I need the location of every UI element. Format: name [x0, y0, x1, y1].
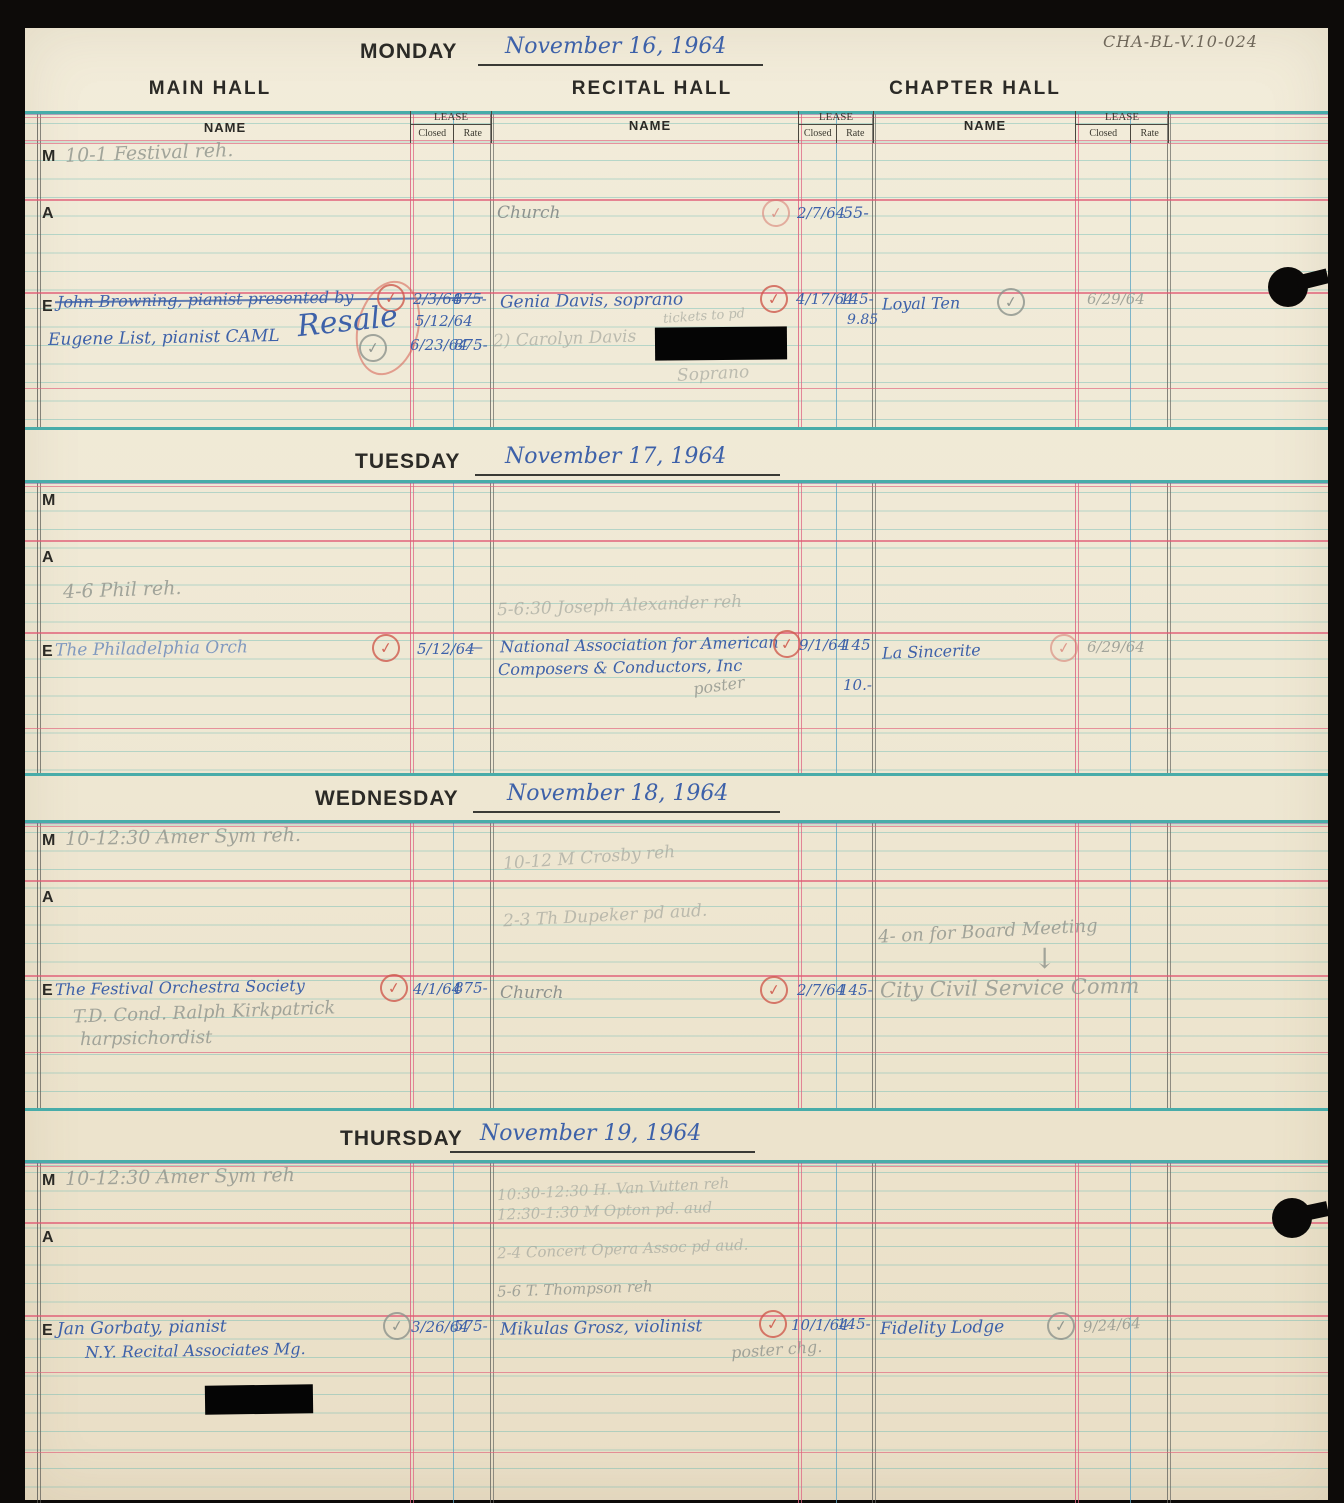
name-header-recital: NAME — [629, 118, 671, 133]
wednesday-grid — [25, 820, 1328, 1111]
lease-rate: 55- — [843, 203, 869, 222]
row-label-m: M — [42, 148, 55, 166]
row-label-e: E — [42, 982, 53, 1000]
lease-rate: 875- — [454, 979, 488, 997]
date-underline — [478, 64, 763, 66]
row-label-a: A — [42, 549, 54, 567]
closed-label: Closed — [1076, 125, 1130, 143]
date-thursday: November 19, 1964 — [480, 1121, 701, 1146]
hall-title-chapter: CHAPTER HALL — [889, 78, 1061, 100]
lease-header-main: LEASE Closed Rate — [410, 111, 492, 143]
booking-entry: N.Y. Recital Associates Mg. — [85, 1339, 306, 1362]
rate-label: Rate — [453, 125, 491, 143]
check-glyph: ✓ — [780, 634, 795, 654]
check-glyph: ✓ — [766, 1314, 781, 1334]
booking-entry: La Sincerite — [882, 640, 981, 662]
lease-rate: 145- — [837, 1315, 871, 1333]
row-label-e: E — [42, 643, 53, 661]
booking-note: 4-6 Phil reh. — [63, 577, 182, 603]
row-label-m: M — [42, 492, 55, 510]
booking-entry: The Philadelphia Orch — [55, 637, 248, 660]
booking-entry: Mikulas Grosz, violinist — [500, 1316, 703, 1340]
lease-rate: 875- — [453, 290, 487, 308]
booking-note: 10-12:30 Amer Sym reh — [65, 1164, 295, 1190]
lease-rate-secondary: 9.85 — [847, 312, 878, 328]
date-underline — [450, 1151, 755, 1153]
closed-label: Closed — [799, 125, 836, 143]
rule-line — [25, 1452, 1328, 1453]
name-header-chapter: NAME — [964, 118, 1006, 133]
lease-closed-date: 6/29/64 — [1087, 290, 1145, 308]
lease-rate: 145- — [839, 981, 873, 999]
ledger-page: CHA-BL-V.10-024 MONDAY November 16, 1964… — [25, 28, 1328, 1500]
rule-line — [25, 388, 1328, 389]
rule-line — [25, 1222, 1328, 1224]
row-label-a: A — [42, 205, 54, 223]
lease-closed-date: 9/1/64 — [799, 636, 847, 654]
row-label-e: E — [42, 298, 53, 316]
booking-entry: Jan Gorbaty, pianist — [57, 1317, 227, 1340]
lease-header-chapter: LEASE Closed Rate — [1075, 111, 1169, 143]
lease-rate: 575- — [454, 1317, 488, 1335]
booking-entry: Church — [497, 203, 561, 223]
catalog-number: CHA-BL-V.10-024 — [1103, 32, 1258, 51]
check-glyph: ✓ — [387, 978, 402, 998]
lease-rate: — — [468, 638, 483, 656]
lease-label: LEASE — [411, 111, 491, 125]
lease-label: LEASE — [799, 111, 873, 125]
booking-entry: Eugene List, pianist CAML — [48, 326, 280, 350]
date-underline — [473, 811, 780, 813]
lease-rate: 875- — [454, 336, 488, 354]
rule-line — [25, 880, 1328, 882]
check-glyph: ✓ — [390, 1316, 405, 1336]
rule-line — [25, 199, 1328, 201]
lease-label: LEASE — [1076, 111, 1168, 125]
name-header-main: NAME — [204, 120, 246, 135]
row-label-m: M — [42, 1172, 55, 1190]
rate-label: Rate — [1130, 125, 1168, 143]
check-glyph: ✓ — [1004, 292, 1019, 312]
day-title-monday: MONDAY — [360, 40, 457, 64]
rule-line — [25, 1052, 1328, 1053]
lease-closed-date: 5/12/64 — [415, 312, 473, 330]
date-tuesday: November 17, 1964 — [505, 444, 726, 469]
row-label-m: M — [42, 832, 55, 850]
redaction-box — [655, 326, 787, 360]
rule-line — [25, 486, 1328, 487]
check-glyph: ✓ — [767, 980, 782, 1000]
lease-closed-date: 5/12/64 — [417, 640, 475, 658]
booking-note: 10-12:30 Amer Sym reh. — [65, 824, 301, 850]
date-wednesday: November 18, 1964 — [507, 781, 728, 806]
lease-rate: 145 — [842, 636, 871, 654]
hall-title-recital: RECITAL HALL — [572, 78, 733, 100]
booking-entry: Soprano — [677, 362, 750, 386]
booking-entry: harpsichordist — [80, 1027, 213, 1050]
date-underline — [475, 474, 780, 476]
lease-header-recital: LEASE Closed Rate — [798, 111, 874, 143]
lease-rate: 145- — [840, 290, 874, 308]
booking-entry: Church — [500, 983, 564, 1003]
lease-closed-date: 2/7/64 — [797, 204, 845, 222]
redaction-box — [205, 1384, 313, 1415]
day-title-wednesday: WEDNESDAY — [315, 787, 459, 811]
row-label-a: A — [42, 1229, 54, 1247]
day-title-tuesday: TUESDAY — [355, 450, 460, 474]
booking-entry: Fidelity Lodge — [880, 1317, 1005, 1339]
rate-label: Rate — [836, 125, 873, 143]
row-label-e: E — [42, 1322, 53, 1340]
check-glyph: ✓ — [379, 638, 394, 658]
check-glyph: ✓ — [1054, 1316, 1069, 1336]
rule-line — [25, 540, 1328, 542]
lease-rate-secondary: 10.- — [843, 676, 872, 694]
check-glyph: ✓ — [769, 203, 784, 223]
booking-entry: City Civil Service Comm — [880, 974, 1140, 1003]
booking-entry: Genia Davis, soprano — [500, 289, 684, 312]
date-monday: November 16, 1964 — [505, 34, 726, 59]
closed-label: Closed — [411, 125, 453, 143]
check-glyph: ✓ — [1057, 638, 1072, 658]
rule-line — [25, 1372, 1328, 1373]
hall-title-main: MAIN HALL — [149, 78, 271, 100]
day-title-thursday: THURSDAY — [340, 1127, 463, 1151]
check-glyph: ✓ — [767, 289, 782, 309]
row-label-a: A — [42, 889, 54, 907]
booking-entry: Loyal Ten — [882, 293, 961, 313]
tuesday-grid — [25, 480, 1328, 776]
arrow-down-icon: ↓ — [1033, 942, 1056, 975]
rule-line — [25, 728, 1328, 729]
lease-closed-date: 6/29/64 — [1087, 638, 1145, 656]
check-glyph: ✓ — [366, 338, 381, 358]
